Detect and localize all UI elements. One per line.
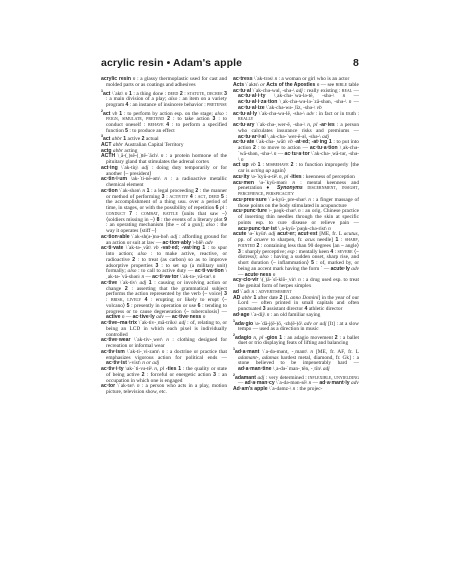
entry-text-run: \ˈa-dij\ [251, 312, 267, 318]
entry-text-run: ac·tu·a·tor [285, 151, 312, 157]
dictionary-entry: 2act vb 1 : to perform by action esp. on… [101, 109, 227, 135]
entry-text-run: ad·a·man·tine [238, 366, 273, 372]
entry-text-run: — [354, 99, 359, 105]
column-right: ac·tress \ˈak-trəs\ n : a woman or girl … [233, 77, 359, 396]
entry-text-run: pretense [207, 102, 227, 108]
entry-text-run: \ˌa-də-ˈman-ˌtēn, -ˌtīn\ [273, 366, 323, 372]
entry-text-run: adv [351, 380, 359, 386]
dictionary-entry: 2adamant adj : very determined : inflexi… [233, 373, 359, 387]
dictionary-entry: acrylic resin n : a glassy thermoplastic… [101, 77, 227, 89]
page-content: acrylic resin • Adam's apple 8 acrylic r… [101, 57, 359, 396]
entry-text-run: : in fact or in truth : [316, 111, 359, 117]
dictionary-entry: ac·tu·ary \ˈak-chə-ˌwer-ē, -shə-\ n, pl … [233, 123, 359, 140]
dictionary-entry: acu·punc·ture \-ˌpəŋk-chər\ n : an orig.… [233, 209, 359, 232]
entry-text-run: \ˈa-dəmz-\ [269, 386, 293, 392]
entry-text-run: Ad·am's apple [233, 386, 269, 392]
entry-text-run: : to produce an effect [129, 128, 174, 134]
entry-text-run: also [206, 222, 217, 228]
dictionary-entry: Ad·am's apple \ˈa-dəmz-\ n : the projec- [233, 387, 359, 393]
dictionary-entry: ac·tor \ˈak-tər\ n : a person who acts i… [101, 384, 227, 396]
entry-text-run: : the projec- [297, 386, 323, 392]
dictionary-entry: ac·tiv·i·ty \ak-ˈti-və-tē\ n, pl -ties 1… [101, 367, 227, 384]
entry-text-run: ad·age [233, 312, 251, 318]
dictionary-entry: AD abbr 1 after date 2 [L anno Domini] i… [233, 296, 359, 313]
entry-text-run: ad·a·mant·ly [319, 380, 351, 386]
dictionary-entry: ac·ti·vate \ˈak-tə-ˌvāt\ vb -vat·ed; -va… [101, 246, 227, 281]
dictionary-entry: ac·tion \ˈak-shən\ n 1 : a legal proceed… [101, 189, 227, 235]
dictionary-entry: ac·tive–ma·trix \ˈak-tiv-ˌmā-triks\ adj … [101, 321, 227, 338]
dictionary-entry: 2adagio n, pl -gios 1 : an adagio moveme… [233, 333, 359, 347]
dictionary-entry: ac·tu·al \ˈak-chə-wəl, -shə-\ adj : real… [233, 89, 359, 112]
entry-text-run: adv [351, 266, 359, 272]
dictionary-page: acrylic resin • Adam's apple 8 acrylic r… [0, 0, 452, 584]
page-number: 8 [353, 57, 359, 69]
dictionary-entry: 1ad·a·mant \ˈa-də-mənt, -ˌmant\ n [ME, f… [233, 347, 359, 373]
entry-text-run: \ˈak-chə-wə-lē, -shə-\ [259, 111, 307, 117]
guide-words: acrylic resin • Adam's apple [101, 57, 242, 69]
entry-text-run: adv [306, 111, 315, 117]
entry-text-run: : an instance of insincere behavior : [130, 102, 207, 108]
page-header: acrylic resin • Adam's apple 8 [101, 57, 359, 69]
column-left: acrylic resin n : a glassy thermoplastic… [101, 77, 227, 396]
dictionary-entry: acu·men \ə-ˈkyü-mən\ n : mental keenness… [233, 181, 359, 198]
entry-text-run: acute·ly [331, 266, 352, 272]
dictionary-entry: ac·tu·ate \ˈak-chə-ˌwāt\ vb -at·ed; -at·… [233, 140, 359, 163]
dictionary-entry: ac·tiv·ism \ˈak-ti-ˌvi-zəm\ n : a doctri… [101, 350, 227, 367]
dictionary-entry: 1ada·gio \ə-ˈdä-j(ē-)ō, -zh(ē-)ō\ adv or… [233, 319, 359, 333]
dictionary-entry: acute \ə-ˈkyüt\ adj acut·er; acut·est [M… [233, 232, 359, 278]
dictionary-entry: ac·tive \ˈak-tiv\ adj 1 : causing or inv… [101, 281, 227, 321]
entry-text-run: adj [323, 366, 330, 372]
entry-text-run: — [278, 151, 285, 157]
entry-text-run: : an old familiar saying [271, 312, 321, 318]
dictionary-entry: 1act \ˈakt\ n 1 : a thing done : deed 2 … [101, 89, 227, 109]
columns-container: acrylic resin n : a glassy thermoplastic… [101, 77, 359, 396]
